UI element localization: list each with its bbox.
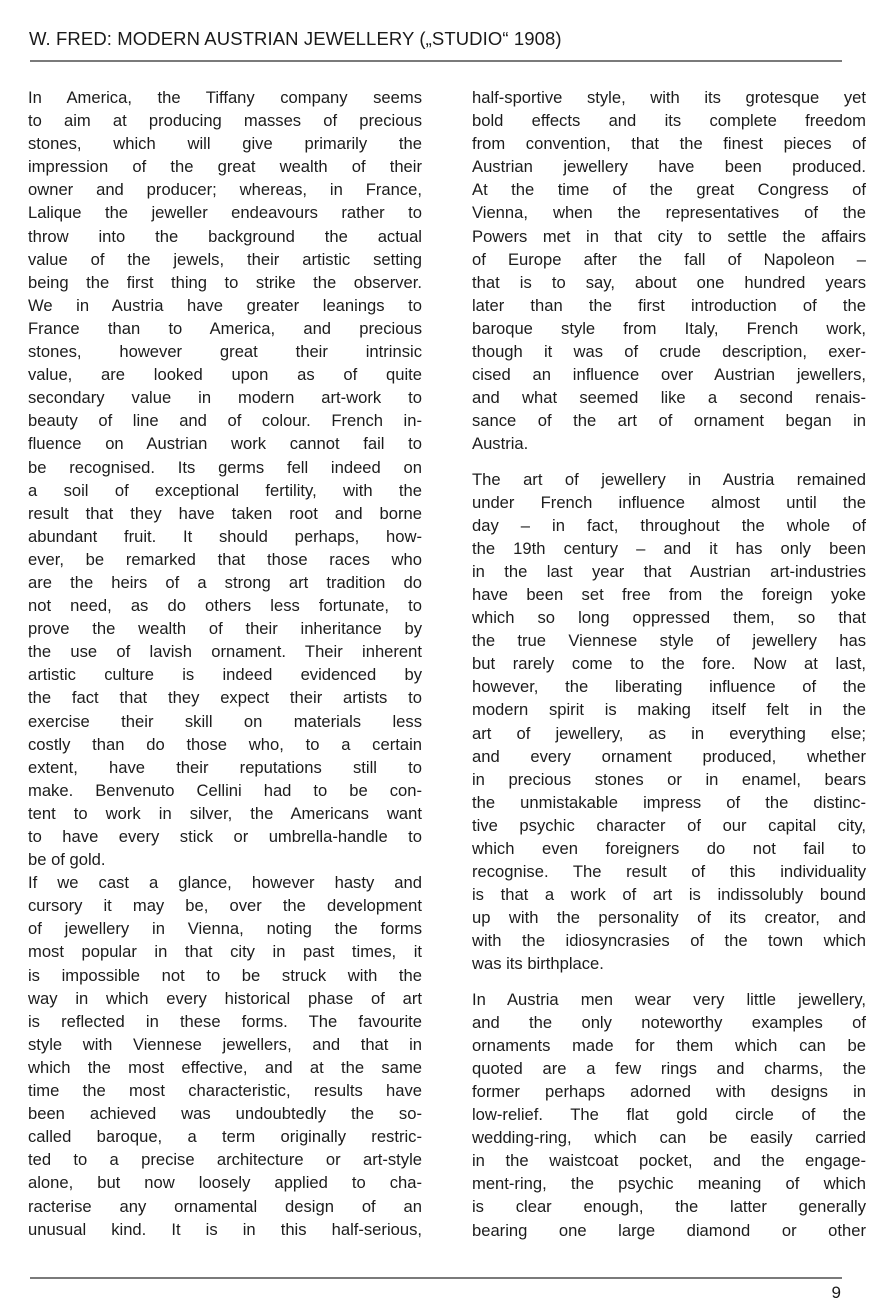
text-line: ever, be remarked that those races who [28, 548, 422, 571]
text-line: but rarely come to the fore. Now at last… [472, 652, 866, 675]
text-line: in the last year that Austrian art-indus… [472, 560, 866, 583]
text-line: is that a work of art is indissolubly bo… [472, 883, 866, 906]
text-line: alone, but now loosely applied to cha- [28, 1171, 422, 1194]
text-line: fluence on Austrian work cannot fail to [28, 432, 422, 455]
right-column: half-sportive style, with its grotesque … [472, 86, 866, 1242]
text-line: extent, have their reputations still to [28, 756, 422, 779]
text-line: Austrian jewellery have been produced. [472, 155, 866, 178]
text-line: art of jewellery, as in everything else; [472, 722, 866, 745]
text-line: France than to America, and precious [28, 317, 422, 340]
text-line: beauty of line and of colour. French in- [28, 409, 422, 432]
text-line: later than the first introduction of the [472, 294, 866, 317]
text-line: stones, which will give primarily the [28, 132, 422, 155]
text-line: most popular in that city in past times,… [28, 940, 422, 963]
paragraph: The art of jewellery in Austria remained… [472, 468, 866, 976]
page-header-title: W. FRED: MODERN AUSTRIAN JEWELLERY („STU… [29, 28, 562, 50]
text-line: that is to say, about one hundred years [472, 271, 866, 294]
text-line: under French influence almost until the [472, 491, 866, 514]
text-line: result that they have taken root and bor… [28, 502, 422, 525]
text-line: are the heirs of a strong art tradition … [28, 571, 422, 594]
paragraph: half-sportive style, with its grotesque … [472, 86, 866, 456]
text-line: the true Viennese style of jewellery has [472, 629, 866, 652]
text-line: in precious stones or in enamel, bears [472, 768, 866, 791]
text-line: is reflected in these forms. The favouri… [28, 1010, 422, 1033]
text-line: wedding-ring, which can be easily carrie… [472, 1126, 866, 1149]
text-line: however, the liberating influence of the [472, 675, 866, 698]
text-line: a soil of exceptional fertility, with th… [28, 479, 422, 502]
text-line: impression of the great wealth of their [28, 155, 422, 178]
text-line: to have every stick or umbrella-handle t… [28, 825, 422, 848]
text-line: value, are looked upon as of quite [28, 363, 422, 386]
text-line: ment-ring, the psychic meaning of which [472, 1172, 866, 1195]
text-line: In America, the Tiffany company seems [28, 86, 422, 109]
text-line: the use of lavish ornament. Their inhere… [28, 640, 422, 663]
paragraph: In Austria men wear very little jeweller… [472, 988, 866, 1242]
text-line: The art of jewellery in Austria remained [472, 468, 866, 491]
text-line: from convention, that the finest pieces … [472, 132, 866, 155]
text-line: If we cast a glance, however hasty and [28, 871, 422, 894]
paragraph-gap [472, 456, 866, 468]
text-line: to aim at producing masses of precious [28, 109, 422, 132]
text-line: costly than do those who, to a certain [28, 733, 422, 756]
text-line: baroque style from Italy, French work, [472, 317, 866, 340]
text-line: day – in fact, throughout the whole of [472, 514, 866, 537]
text-line: former perhaps adorned with designs in [472, 1080, 866, 1103]
text-line: modern spirit is making itself felt in t… [472, 698, 866, 721]
text-line: in the waistcoat pocket, and the engage- [472, 1149, 866, 1172]
text-line: which even foreigners do not fail to [472, 837, 866, 860]
text-line: time the most characteristic, results ha… [28, 1079, 422, 1102]
text-line: tent to work in silver, the Americans wa… [28, 802, 422, 825]
page-number: 9 [832, 1283, 841, 1303]
text-line: have been set free from the foreign yoke [472, 583, 866, 606]
text-line: prove the wealth of their inheritance by [28, 617, 422, 640]
text-line: ornaments made for them which can be [472, 1034, 866, 1057]
text-line: We in Austria have greater leanings to [28, 294, 422, 317]
text-line: which the most effective, and at the sam… [28, 1056, 422, 1079]
text-line: sance of the art of ornament began in [472, 409, 866, 432]
text-line: of Europe after the fall of Napoleon – [472, 248, 866, 271]
text-line: value of the jewels, their artistic sett… [28, 248, 422, 271]
text-line: the fact that they expect their artists … [28, 686, 422, 709]
text-line: unusual kind. It is in this half-serious… [28, 1218, 422, 1241]
text-line: abundant fruit. It should perhaps, how- [28, 525, 422, 548]
text-line: is impossible not to be struck with the [28, 964, 422, 987]
left-column: In America, the Tiffany company seemsto … [28, 86, 422, 1241]
text-line: up with the personality of its creator, … [472, 906, 866, 929]
text-line: Austria. [472, 432, 866, 455]
text-line: called baroque, a term originally restri… [28, 1125, 422, 1148]
text-line: owner and producer; whereas, in France, [28, 178, 422, 201]
text-line: ted to a precise architecture or art-sty… [28, 1148, 422, 1171]
text-line: recognise. The result of this individual… [472, 860, 866, 883]
text-line: with the idiosyncrasies of the town whic… [472, 929, 866, 952]
text-line: and the only noteworthy examples of [472, 1011, 866, 1034]
text-line: be recognised. Its germs fell indeed on [28, 456, 422, 479]
text-line: way in which every historical phase of a… [28, 987, 422, 1010]
text-line: At the time of the great Congress of [472, 178, 866, 201]
text-line: racterise any ornamental design of an [28, 1195, 422, 1218]
text-line: artistic culture is indeed evidenced by [28, 663, 422, 686]
text-line: being the first thing to strike the obse… [28, 271, 422, 294]
paragraph: If we cast a glance, however hasty andcu… [28, 871, 422, 1241]
text-line: been achieved was undoubtedly the so- [28, 1102, 422, 1125]
text-line: is clear enough, the latter generally [472, 1195, 866, 1218]
header-divider [30, 60, 842, 62]
text-line: Powers met in that city to settle the af… [472, 225, 866, 248]
text-line: cursory it may be, over the development [28, 894, 422, 917]
text-line: bearing one large diamond or other [472, 1219, 866, 1242]
text-line: the 19th century – and it has only been [472, 537, 866, 560]
text-line: of jewellery in Vienna, noting the forms [28, 917, 422, 940]
text-line: and what seemed like a second renais- [472, 386, 866, 409]
text-line: tive psychic character of our capital ci… [472, 814, 866, 837]
text-line: which so long oppressed them, so that [472, 606, 866, 629]
footer-divider [30, 1277, 842, 1279]
text-line: the unmistakable impress of the distinc- [472, 791, 866, 814]
text-line: stones, however great their intrinsic [28, 340, 422, 363]
text-line: and every ornament produced, whether [472, 745, 866, 768]
text-line: half-sportive style, with its grotesque … [472, 86, 866, 109]
text-line: In Austria men wear very little jeweller… [472, 988, 866, 1011]
text-line: throw into the background the actual [28, 225, 422, 248]
text-line: was its birthplace. [472, 952, 866, 975]
paragraph-gap [472, 976, 866, 988]
text-line: make. Benvenuto Cellini had to be con- [28, 779, 422, 802]
paragraph: In America, the Tiffany company seemsto … [28, 86, 422, 871]
text-line: Lalique the jeweller endeavours rather t… [28, 201, 422, 224]
text-line: low-relief. The flat gold circle of the [472, 1103, 866, 1126]
text-line: secondary value in modern art-work to [28, 386, 422, 409]
text-line: bold effects and its complete freedom [472, 109, 866, 132]
text-line: not need, as do others less fortunate, t… [28, 594, 422, 617]
text-line: exercise their skill on materials less [28, 710, 422, 733]
text-line: be of gold. [28, 848, 422, 871]
text-line: though it was of crude description, exer… [472, 340, 866, 363]
text-line: style with Viennese jewellers, and that … [28, 1033, 422, 1056]
text-line: quoted are a few rings and charms, the [472, 1057, 866, 1080]
text-line: Vienna, when the representatives of the [472, 201, 866, 224]
text-line: cised an influence over Austrian jewelle… [472, 363, 866, 386]
